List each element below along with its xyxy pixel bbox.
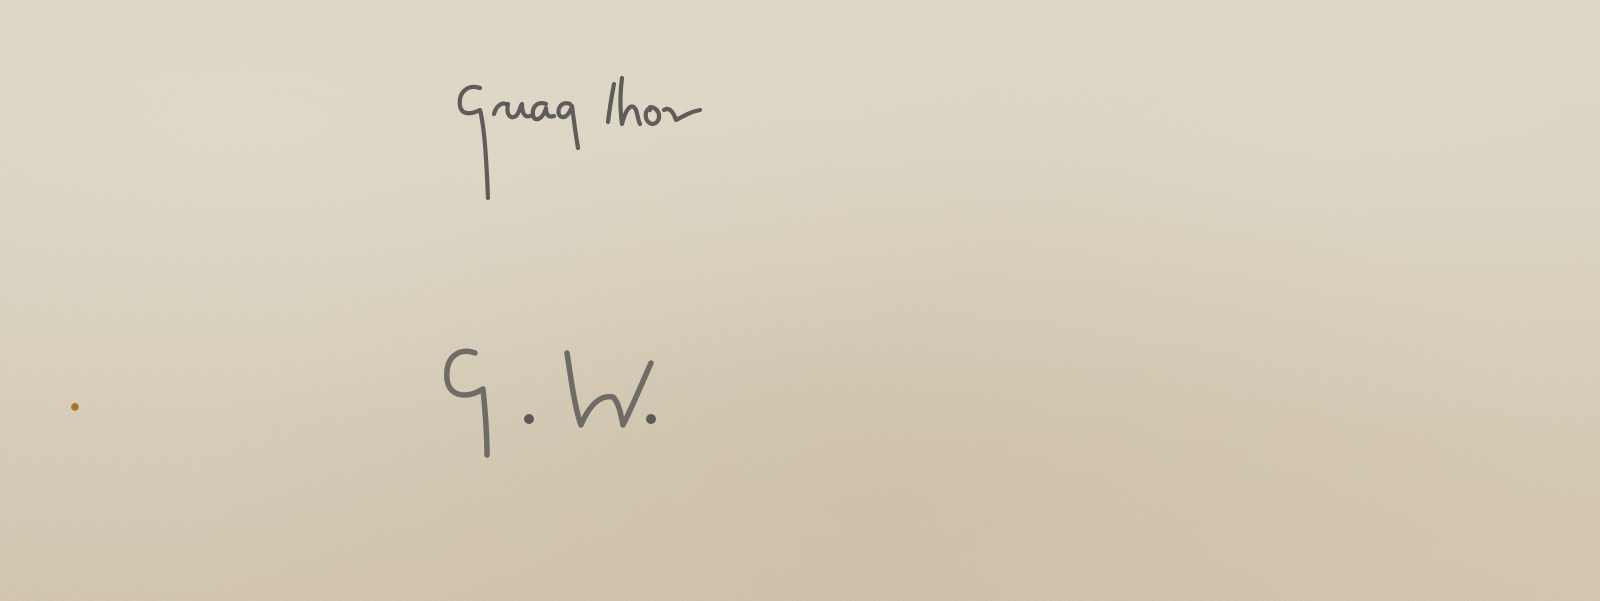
paper-stain [71, 403, 79, 411]
paper-texture [0, 0, 1600, 601]
pencil-signature [450, 70, 780, 210]
pencil-initials [425, 325, 665, 475]
